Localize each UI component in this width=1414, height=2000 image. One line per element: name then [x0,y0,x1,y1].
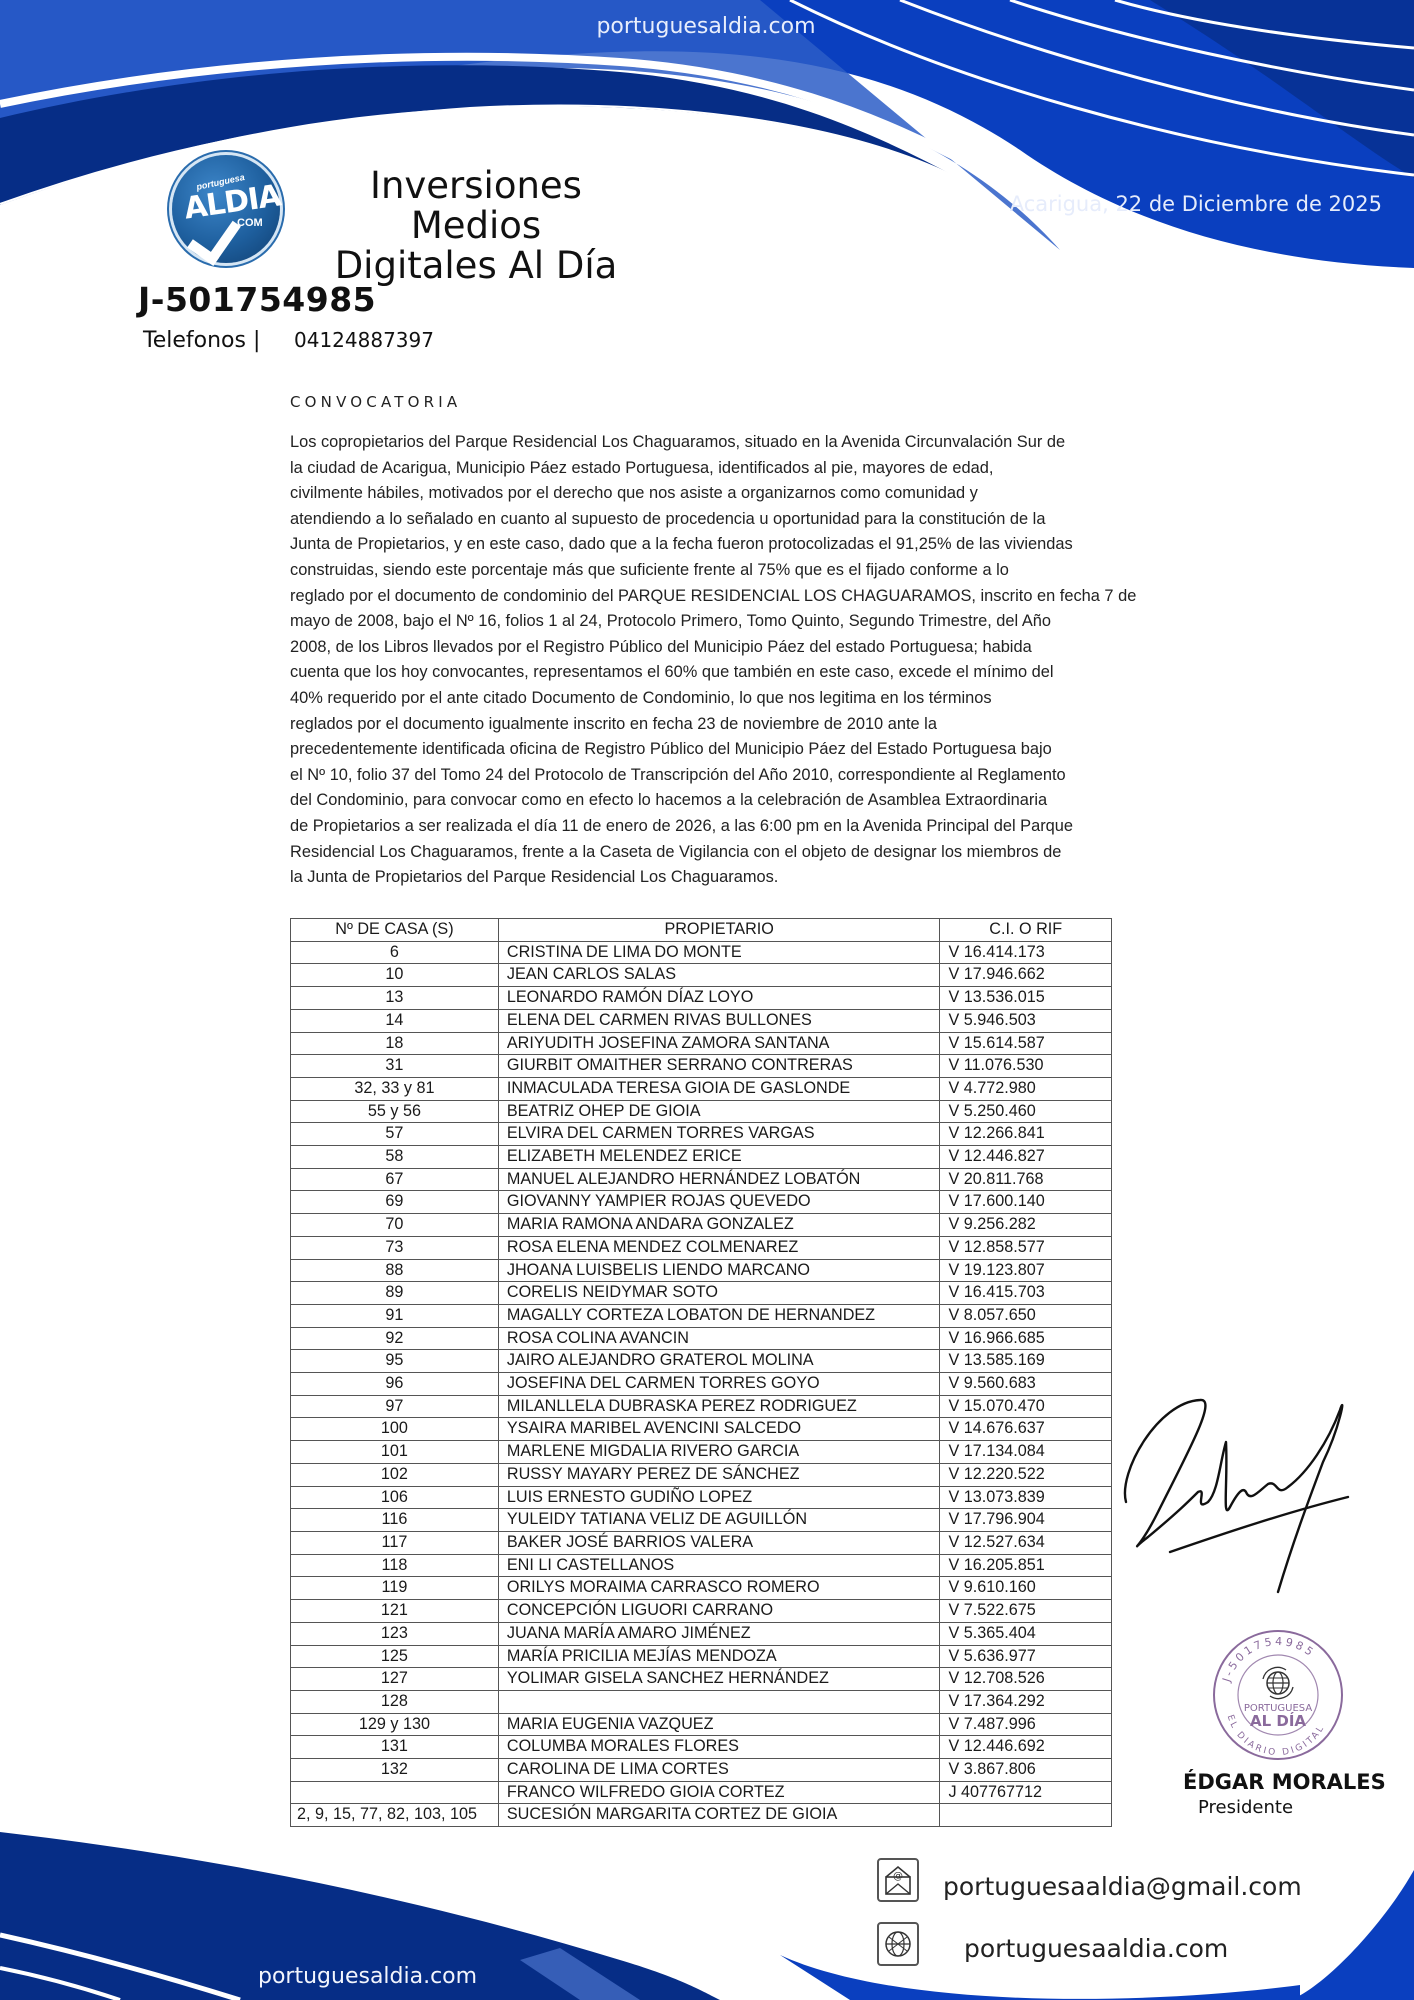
company-stamp: J-501754985 EL DIARIO DIGITAL PORTUGUESA… [1208,1625,1348,1765]
owner-name-cell: YOLIMAR GISELA SANCHEZ HERNÁNDEZ [498,1668,940,1691]
owner-name-cell: MARIA EUGENIA VAZQUEZ [498,1713,940,1736]
column-header-id: C.I. O RIF [940,919,1112,942]
owner-name-cell: JAIRO ALEJANDRO GRATEROL MOLINA [498,1350,940,1373]
id-number-cell: V 11.076.530 [940,1055,1112,1078]
table-header-row: Nº DE CASA (S) PROPIETARIO C.I. O RIF [291,919,1112,942]
table-row: 117BAKER JOSÉ BARRIOS VALERAV 12.527.634 [291,1531,1112,1554]
id-number-cell: V 19.123.807 [940,1259,1112,1282]
table-row: 129 y 130 MARIA EUGENIA VAZQUEZV 7.487.9… [291,1713,1112,1736]
house-number-cell: 58 [291,1146,499,1169]
table-row: 57ELVIRA DEL CARMEN TORRES VARGASV 12.26… [291,1123,1112,1146]
table-row: 91MAGALLY CORTEZA LOBATON DE HERNANDEZV … [291,1304,1112,1327]
table-row: 67MANUEL ALEJANDRO HERNÁNDEZ LOBATÓNV 20… [291,1168,1112,1191]
company-logo: portuguesa ALDIA .COM [172,155,280,263]
owner-name-cell: RUSSY MAYARY PEREZ DE SÁNCHEZ [498,1463,940,1486]
owner-name-cell: ENI LI CASTELLANOS [498,1554,940,1577]
house-number-cell: 106 [291,1486,499,1509]
owner-name-cell: YSAIRA MARIBEL AVENCINI SALCEDO [498,1418,940,1441]
notice-line: del Condominio, para convocar como en ef… [290,788,1220,814]
id-number-cell: V 12.446.827 [940,1146,1112,1169]
notice-line: la ciudad de Acarigua, Municipio Páez es… [290,456,1220,482]
house-number-cell: 121 [291,1600,499,1623]
owner-name-cell: CRISTINA DE LIMA DO MONTE [498,941,940,964]
table-row: 102RUSSY MAYARY PEREZ DE SÁNCHEZV 12.220… [291,1463,1112,1486]
notice-line: de Propietarios a ser realizada el día 1… [290,814,1220,840]
table-row: 58ELIZABETH MELENDEZ ERICEV 12.446.827 [291,1146,1112,1169]
table-row: 10JEAN CARLOS SALASV 17.946.662 [291,964,1112,987]
notice-line: 2008, de los Libros llevados por el Regi… [290,635,1220,661]
footer-site-url[interactable]: portuguesaldia.com [258,1964,477,1989]
id-number-cell: V 9.610.160 [940,1577,1112,1600]
table-row: 97MILANLLELA DUBRASKA PEREZ RODRIGUEZV 1… [291,1395,1112,1418]
table-row: 31GIURBIT OMAITHER SERRANO CONTRERASV 11… [291,1055,1112,1078]
table-row: 6CRISTINA DE LIMA DO MONTEV 16.414.173 [291,941,1112,964]
notice-body: Los copropietarios del Parque Residencia… [290,430,1220,891]
owner-name-cell: ARIYUDITH JOSEFINA ZAMORA SANTANA [498,1032,940,1055]
house-number-cell: 118 [291,1554,499,1577]
owner-name-cell: LEONARDO RAMÓN DÍAZ LOYO [498,987,940,1010]
table-row: 118ENI LI CASTELLANOSV 16.205.851 [291,1554,1112,1577]
id-number-cell: V 5.250.460 [940,1100,1112,1123]
table-row: 73ROSA ELENA MENDEZ COLMENAREZV 12.858.5… [291,1236,1112,1259]
house-number-cell: 55 y 56 [291,1100,499,1123]
notice-line: precedentemente identificada oficina de … [290,737,1220,763]
table-row: 131COLUMBA MORALES FLORESV 12.446.692 [291,1736,1112,1759]
table-row: 18ARIYUDITH JOSEFINA ZAMORA SANTANAV 15.… [291,1032,1112,1055]
owner-name-cell: CORELIS NEIDYMAR SOTO [498,1282,940,1305]
id-number-cell [940,1804,1112,1827]
id-number-cell: V 3.867.806 [940,1759,1112,1782]
owner-name-cell: ROSA ELENA MENDEZ COLMENAREZ [498,1236,940,1259]
house-number-cell: 129 y 130 [291,1713,499,1736]
notice-line: Residencial Los Chaguaramos, frente a la… [290,840,1220,866]
phone-number: 04124887397 [294,328,434,352]
notice-line: reglado por el documento de condominio d… [290,584,1220,610]
house-number-cell: 67 [291,1168,499,1191]
house-number-cell: 18 [291,1032,499,1055]
id-number-cell: V 8.057.650 [940,1304,1112,1327]
table-row: 125MARÍA PRICILIA MEJÍAS MENDOZAV 5.636.… [291,1645,1112,1668]
owner-name-cell: BEATRIZ OHEP DE GIOIA [498,1100,940,1123]
house-number-cell: 128 [291,1690,499,1713]
owner-name-cell [498,1690,940,1713]
house-number-cell: 32, 33 y 81 [291,1077,499,1100]
table-row: 127YOLIMAR GISELA SANCHEZ HERNÁNDEZV 12.… [291,1668,1112,1691]
owner-name-cell: COLUMBA MORALES FLORES [498,1736,940,1759]
id-number-cell: V 17.600.140 [940,1191,1112,1214]
owner-name-cell: INMACULADA TERESA GIOIA DE GASLONDE [498,1077,940,1100]
company-name: Inversiones Medios Digitales Al Día [300,166,652,286]
id-number-cell: V 9.256.282 [940,1214,1112,1237]
notice-line: Junta de Propietarios, y en este caso, d… [290,532,1220,558]
header-site-url[interactable]: portuguesaldia.com [0,14,1414,39]
house-number-cell: 2, 9, 15, 77, 82, 103, 105 [291,1804,499,1827]
owner-name-cell: MARLENE MIGDALIA RIVERO GARCIA [498,1441,940,1464]
notice-line: atendiendo a lo señalado en cuanto al su… [290,507,1220,533]
house-number-cell: 100 [291,1418,499,1441]
notice-line: construidas, siendo este porcentaje más … [290,558,1220,584]
svg-text:@: @ [893,1871,903,1882]
id-number-cell: V 14.676.637 [940,1418,1112,1441]
table-row: 69GIOVANNY YAMPIER ROJAS QUEVEDOV 17.600… [291,1191,1112,1214]
id-number-cell: V 12.446.692 [940,1736,1112,1759]
svg-text:AL DÍA: AL DÍA [1250,1711,1306,1730]
house-number-cell: 119 [291,1577,499,1600]
id-number-cell: V 9.560.683 [940,1373,1112,1396]
id-number-cell: V 17.796.904 [940,1509,1112,1532]
owner-name-cell: LUIS ERNESTO GUDIÑO LOPEZ [498,1486,940,1509]
id-number-cell: V 20.811.768 [940,1168,1112,1191]
owners-table: Nº DE CASA (S) PROPIETARIO C.I. O RIF 6C… [290,918,1112,1827]
house-number-cell: 91 [291,1304,499,1327]
owner-name-cell: YULEIDY TATIANA VELIZ DE AGUILLÓN [498,1509,940,1532]
house-number-cell: 97 [291,1395,499,1418]
id-number-cell: V 13.073.839 [940,1486,1112,1509]
owner-name-cell: ORILYS MORAIMA CARRASCO ROMERO [498,1577,940,1600]
house-number-cell: 88 [291,1259,499,1282]
id-number-cell: V 17.364.292 [940,1690,1112,1713]
house-number-cell: 101 [291,1441,499,1464]
id-number-cell: V 15.614.587 [940,1032,1112,1055]
owner-name-cell: BAKER JOSÉ BARRIOS VALERA [498,1531,940,1554]
notice-line: reglados por el documento igualmente ins… [290,712,1220,738]
id-number-cell: V 13.585.169 [940,1350,1112,1373]
globe-icon [877,1922,919,1966]
envelope-at-icon: @ [877,1858,919,1902]
house-number-cell: 57 [291,1123,499,1146]
house-number-cell: 69 [291,1191,499,1214]
house-number-cell: 92 [291,1327,499,1350]
table-row: 100YSAIRA MARIBEL AVENCINI SALCEDOV 14.6… [291,1418,1112,1441]
house-number-cell: 116 [291,1509,499,1532]
owner-name-cell: ROSA COLINA AVANCIN [498,1327,940,1350]
notice-line: cuenta que los hoy convocantes, represen… [290,660,1220,686]
notice-line: el Nº 10, folio 37 del Tomo 24 del Proto… [290,763,1220,789]
house-number-cell [291,1781,499,1804]
table-row: 121CONCEPCIÓN LIGUORI CARRANOV 7.522.675 [291,1600,1112,1623]
table-row: 95JAIRO ALEJANDRO GRATEROL MOLINAV 13.58… [291,1350,1112,1373]
owner-name-cell: CAROLINA DE LIMA CORTES [498,1759,940,1782]
id-number-cell: V 16.415.703 [940,1282,1112,1305]
table-row: 13LEONARDO RAMÓN DÍAZ LOYOV 13.536.015 [291,987,1112,1010]
id-number-cell: V 5.946.503 [940,1009,1112,1032]
owner-name-cell: GIOVANNY YAMPIER ROJAS QUEVEDO [498,1191,940,1214]
table-row: 32, 33 y 81INMACULADA TERESA GIOIA DE GA… [291,1077,1112,1100]
house-number-cell: 96 [291,1373,499,1396]
id-number-cell: V 12.858.577 [940,1236,1112,1259]
id-number-cell: V 5.636.977 [940,1645,1112,1668]
table-row: 132CAROLINA DE LIMA CORTESV 3.867.806 [291,1759,1112,1782]
id-number-cell: V 17.946.662 [940,964,1112,987]
house-number-cell: 13 [291,987,499,1010]
id-number-cell: V 15.070.470 [940,1395,1112,1418]
id-number-cell: V 12.708.526 [940,1668,1112,1691]
owner-name-cell: JHOANA LUISBELIS LIENDO MARCANO [498,1259,940,1282]
owner-name-cell: SUCESIÓN MARGARITA CORTEZ DE GIOIA [498,1804,940,1827]
id-number-cell: V 4.772.980 [940,1077,1112,1100]
table-row: 101MARLENE MIGDALIA RIVERO GARCIAV 17.13… [291,1441,1112,1464]
house-number-cell: 73 [291,1236,499,1259]
id-number-cell: V 16.205.851 [940,1554,1112,1577]
owner-name-cell: JUANA MARÍA AMARO JIMÉNEZ [498,1622,940,1645]
owner-name-cell: MANUEL ALEJANDRO HERNÁNDEZ LOBATÓN [498,1168,940,1191]
owner-name-cell: GIURBIT OMAITHER SERRANO CONTRERAS [498,1055,940,1078]
house-number-cell: 117 [291,1531,499,1554]
owner-name-cell: JOSEFINA DEL CARMEN TORRES GOYO [498,1373,940,1396]
house-number-cell: 132 [291,1759,499,1782]
owner-name-cell: ELVIRA DEL CARMEN TORRES VARGAS [498,1123,940,1146]
id-number-cell: V 13.536.015 [940,987,1112,1010]
house-number-cell: 127 [291,1668,499,1691]
id-number-cell: V 17.134.084 [940,1441,1112,1464]
signature [1118,1392,1368,1612]
notice-line: civilmente hábiles, motivados por el der… [290,481,1220,507]
table-row: 128V 17.364.292 [291,1690,1112,1713]
table-row: 92ROSA COLINA AVANCINV 16.966.685 [291,1327,1112,1350]
notice-line: la Junta de Propietarios del Parque Resi… [290,865,1220,891]
notice-title: CONVOCATORIA [290,393,461,411]
document-date: Acarigua, 22 de Diciembre de 2025 [1000,192,1382,216]
owner-name-cell: ELIZABETH MELENDEZ ERICE [498,1146,940,1169]
table-row: 2, 9, 15, 77, 82, 103, 105SUCESIÓN MARGA… [291,1804,1112,1827]
president-role: Presidente [1198,1797,1293,1818]
president-name: ÉDGAR MORALES [1183,1770,1386,1794]
house-number-cell: 125 [291,1645,499,1668]
column-header-owner: PROPIETARIO [498,919,940,942]
id-number-cell: V 16.414.173 [940,941,1112,964]
id-number-cell: V 7.522.675 [940,1600,1112,1623]
owner-name-cell: CONCEPCIÓN LIGUORI CARRANO [498,1600,940,1623]
table-row: 106LUIS ERNESTO GUDIÑO LOPEZV 13.073.839 [291,1486,1112,1509]
id-number-cell: V 12.527.634 [940,1531,1112,1554]
house-number-cell: 6 [291,941,499,964]
table-row: 88JHOANA LUISBELIS LIENDO MARCANOV 19.12… [291,1259,1112,1282]
owner-name-cell: MAGALLY CORTEZA LOBATON DE HERNANDEZ [498,1304,940,1327]
globe-icon [1263,1667,1293,1698]
house-number-cell: 14 [291,1009,499,1032]
owner-name-cell: MARIA RAMONA ANDARA GONZALEZ [498,1214,940,1237]
house-number-cell: 123 [291,1622,499,1645]
contact-email[interactable]: portuguesaaldia@gmail.com [943,1872,1302,1901]
column-header-house: Nº DE CASA (S) [291,919,499,942]
table-row: 96JOSEFINA DEL CARMEN TORRES GOYOV 9.560… [291,1373,1112,1396]
table-row: 14ELENA DEL CARMEN RIVAS BULLONESV 5.946… [291,1009,1112,1032]
table-row: 119ORILYS MORAIMA CARRASCO ROMEROV 9.610… [291,1577,1112,1600]
house-number-cell: 31 [291,1055,499,1078]
table-row: 116YULEIDY TATIANA VELIZ DE AGUILLÓNV 17… [291,1509,1112,1532]
id-number-cell: V 5.365.404 [940,1622,1112,1645]
id-number-cell: V 12.220.522 [940,1463,1112,1486]
table-row: 55 y 56BEATRIZ OHEP DE GIOIAV 5.250.460 [291,1100,1112,1123]
id-number-cell: J 407767712 [940,1781,1112,1804]
house-number-cell: 10 [291,964,499,987]
owner-name-cell: MARÍA PRICILIA MEJÍAS MENDOZA [498,1645,940,1668]
id-number-cell: V 7.487.996 [940,1713,1112,1736]
notice-line: Los copropietarios del Parque Residencia… [290,430,1220,456]
phone-label: Telefonos | [143,328,260,353]
table-row: 123JUANA MARÍA AMARO JIMÉNEZV 5.365.404 [291,1622,1112,1645]
owner-name-cell: JEAN CARLOS SALAS [498,964,940,987]
house-number-cell: 89 [291,1282,499,1305]
table-row: 70MARIA RAMONA ANDARA GONZALEZV 9.256.28… [291,1214,1112,1237]
house-number-cell: 102 [291,1463,499,1486]
id-number-cell: V 12.266.841 [940,1123,1112,1146]
table-row: FRANCO WILFREDO GIOIA CORTEZJ 407767712 [291,1781,1112,1804]
owner-name-cell: MILANLLELA DUBRASKA PEREZ RODRIGUEZ [498,1395,940,1418]
id-number-cell: V 16.966.685 [940,1327,1112,1350]
house-number-cell: 95 [291,1350,499,1373]
owner-name-cell: ELENA DEL CARMEN RIVAS BULLONES [498,1009,940,1032]
house-number-cell: 131 [291,1736,499,1759]
notice-line: mayo de 2008, bajo el Nº 16, folios 1 al… [290,609,1220,635]
house-number-cell: 70 [291,1214,499,1237]
company-rif: J-501754985 [138,280,376,319]
contact-website[interactable]: portuguesaaldia.com [964,1934,1228,1963]
footer-wave-right [1290,1870,1414,2000]
table-row: 89CORELIS NEIDYMAR SOTOV 16.415.703 [291,1282,1112,1305]
notice-line: 40% requerido por el ante citado Documen… [290,686,1220,712]
owner-name-cell: FRANCO WILFREDO GIOIA CORTEZ [498,1781,940,1804]
